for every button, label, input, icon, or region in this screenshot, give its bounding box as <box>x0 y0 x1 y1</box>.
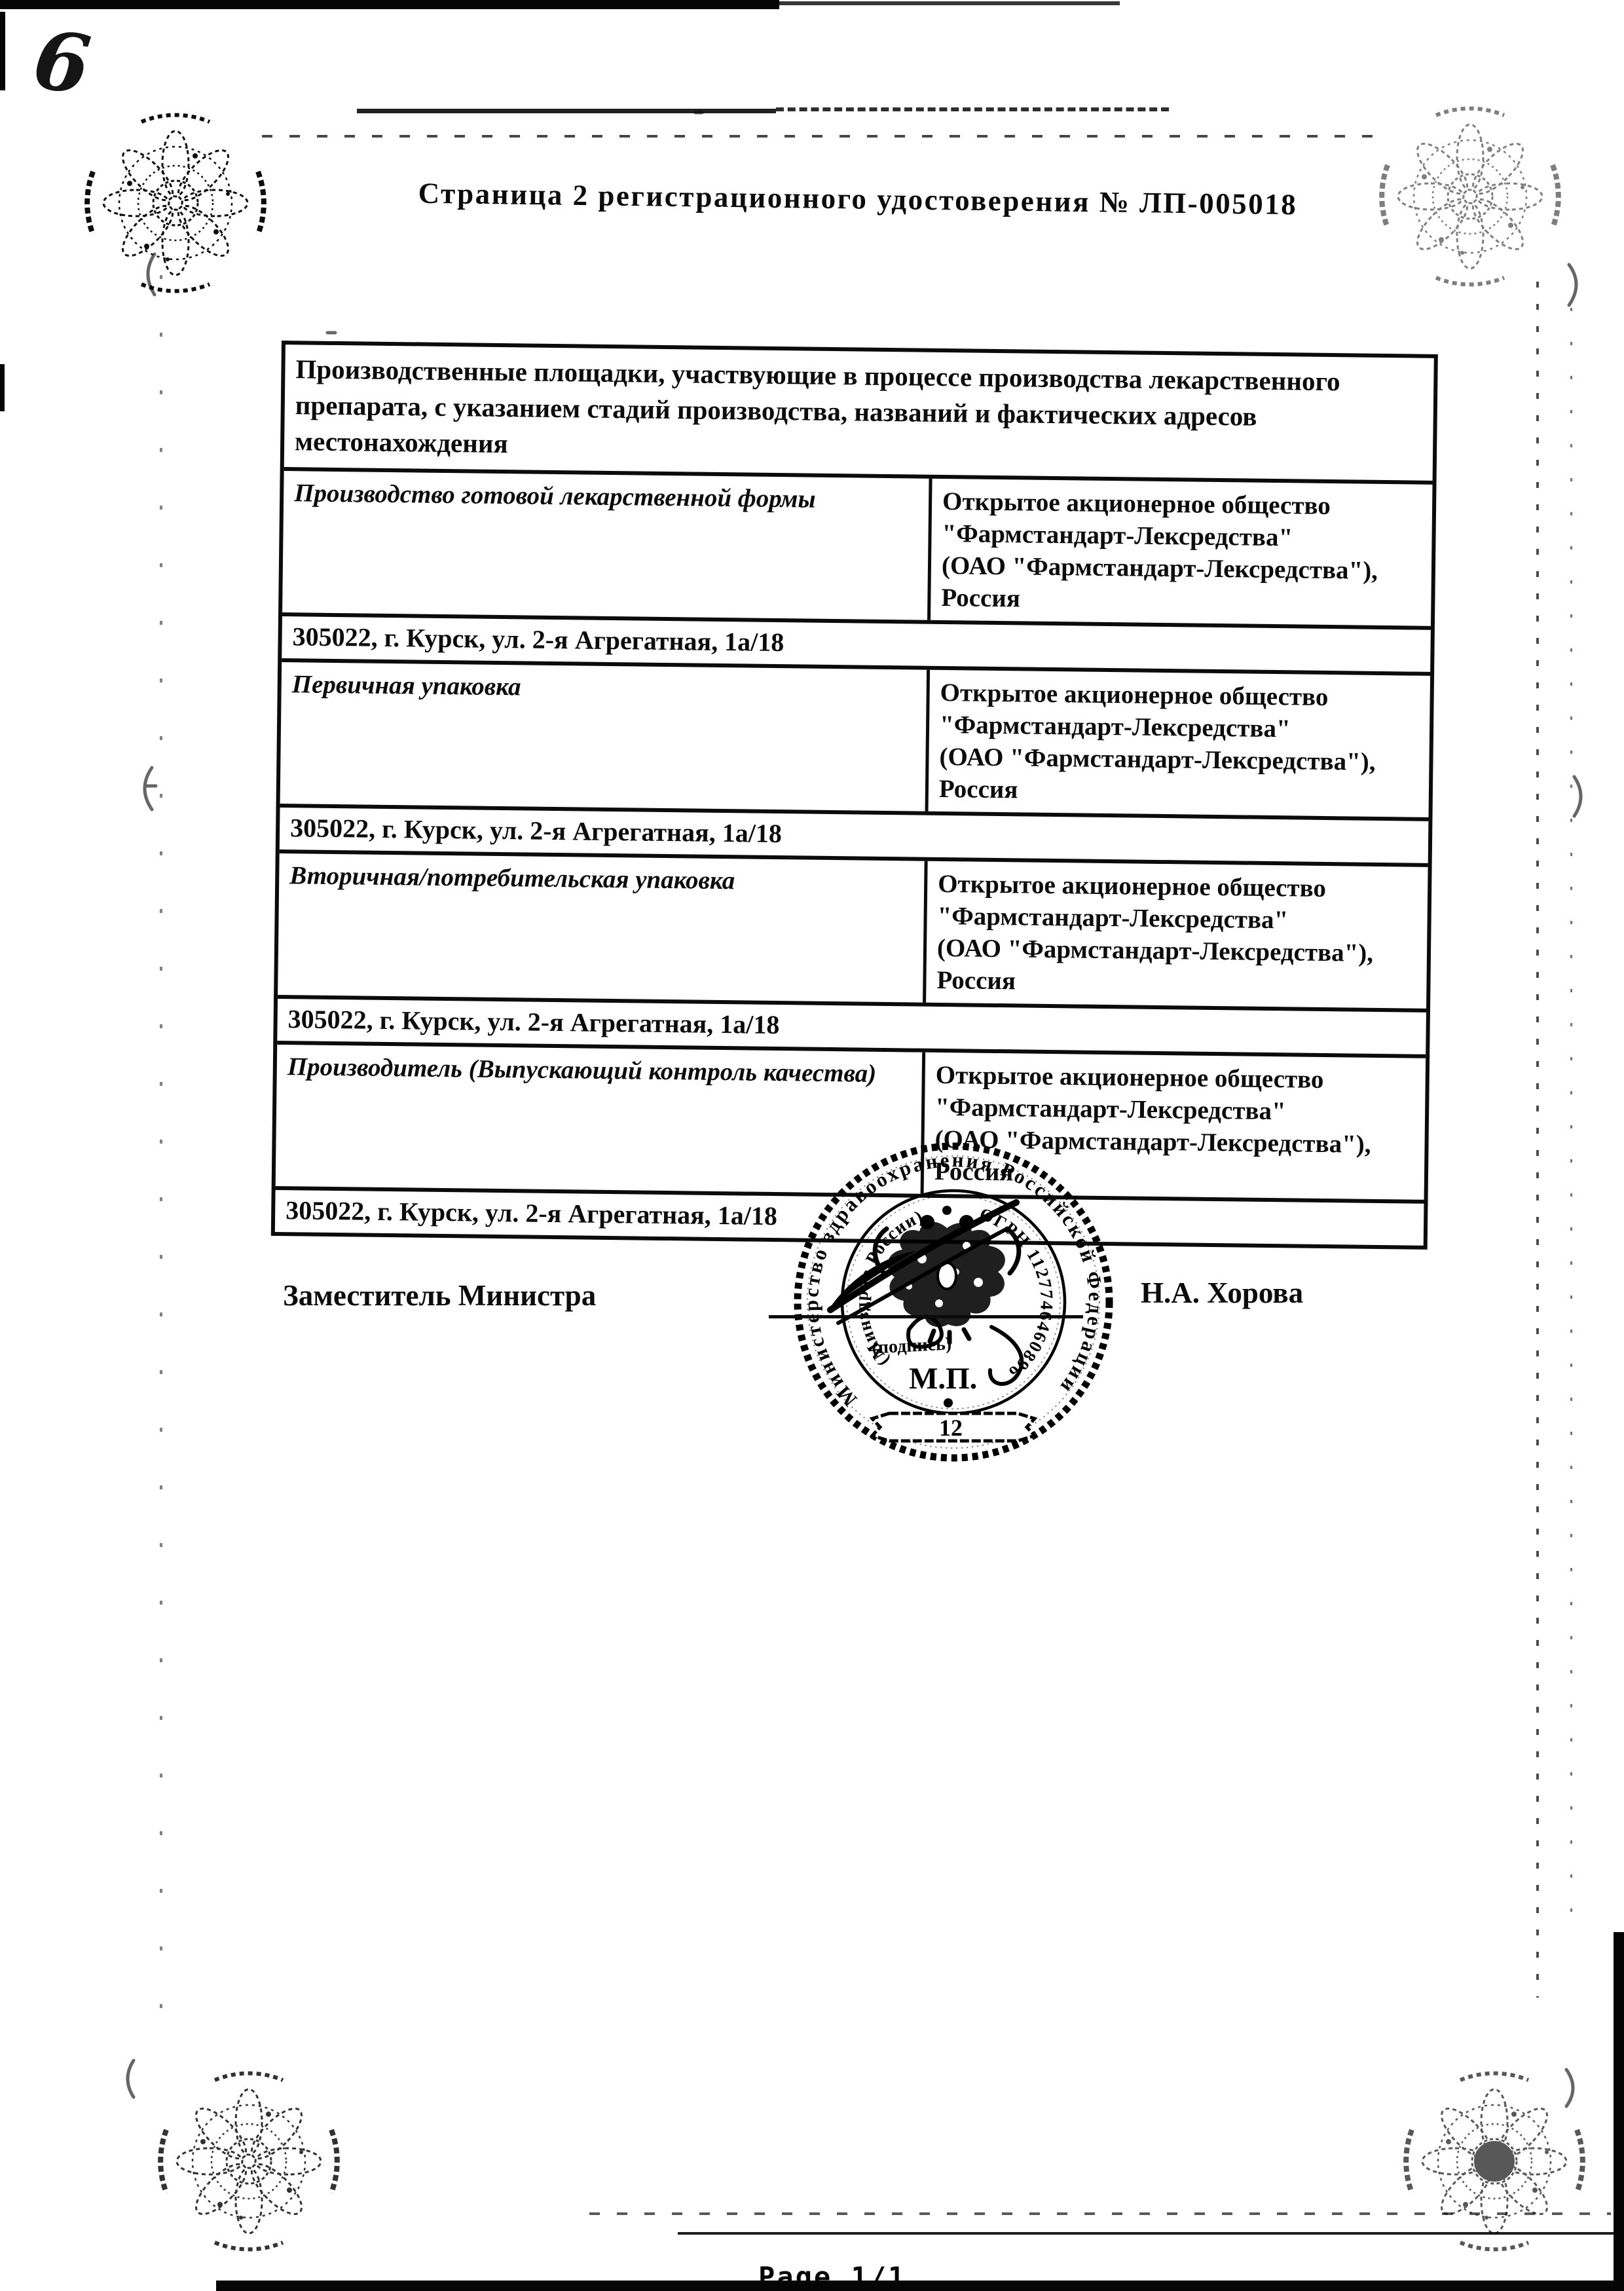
signature-line <box>769 1315 1083 1318</box>
company-cell: Открытое акционерное общество "Фармстанд… <box>926 861 1428 1009</box>
scanned-document: { "page": { "handwritten_number": "6", "… <box>0 0 1624 2291</box>
stage-label: Производство готовой лекарственной формы <box>282 471 932 620</box>
stage-label: Вторичная/потребительская упаковка <box>278 853 927 1003</box>
table-row-stage-2: Первичная упаковка Открытое акционерное … <box>280 662 1431 821</box>
top-border-dash-broken <box>776 107 1169 115</box>
stamp-banner-number: 12 <box>939 1415 963 1441</box>
footer-noise-dashes <box>589 2212 1611 2215</box>
company-cell: Открытое акционерное общество "Фармстанд… <box>929 670 1431 817</box>
signatory-name: Н.А. Хорова <box>1141 1276 1303 1310</box>
right-edge-noise-line <box>1536 282 1539 1998</box>
stamp-signature-caption: (подпись) <box>872 1333 952 1358</box>
stamp-mp-label: М.П. <box>909 1362 977 1396</box>
top-border-dash-solid <box>357 109 776 113</box>
footer-noise-line <box>678 2232 1614 2235</box>
production-sites-table: Производственные площадки, участвующие в… <box>271 341 1438 1250</box>
footer-page-label: Page 1/1 <box>758 2261 906 2291</box>
right-edge-noise-line-2 <box>1570 308 1572 1932</box>
table-row-stage-3: Вторичная/потребительская упаковка Откры… <box>278 853 1428 1013</box>
stamp-dot <box>944 1398 953 1407</box>
handwritten-page-number: 6 <box>29 19 94 105</box>
table-row-stage-1: Производство готовой лекарственной формы… <box>282 471 1433 630</box>
table-header-cell: Производственные площадки, участвующие в… <box>284 345 1434 485</box>
stage-label: Первичная упаковка <box>280 662 930 811</box>
ministry-round-stamp: Министерство здравоохранения Российской … <box>790 1138 1117 1466</box>
top-border-dash-scatter <box>262 135 1388 138</box>
stamp-banner: 12 <box>872 1413 1035 1441</box>
company-cell: Открытое акционерное общество "Фармстанд… <box>931 479 1433 626</box>
signatory-title: Заместитель Министра <box>283 1278 596 1313</box>
left-edge-noise-line <box>160 275 162 2017</box>
